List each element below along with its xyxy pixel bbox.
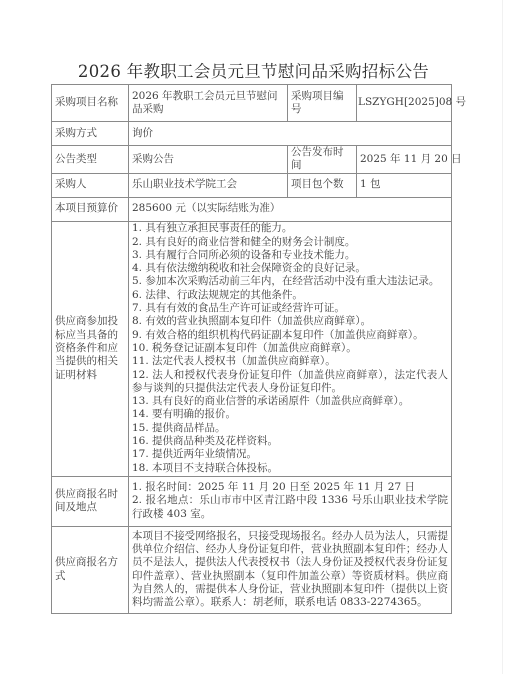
registration-time-value: 1. 报名时间：2025 年 11 月 20 日至 2025 年 11 月 27… [132, 481, 448, 494]
package-count-value: 1 包 [357, 173, 452, 197]
package-count-label: 项目包个数 [288, 173, 357, 197]
project-name-label: 采购项目名称 [52, 85, 129, 122]
budget-label: 本项目预算价 [52, 197, 129, 221]
qualification-item: 5. 参加本次采购活动前三年内，在经营活动中没有重大违法记录。 [132, 275, 448, 288]
qualification-item: 1. 具有独立承担民事责任的能力。 [132, 222, 448, 235]
qualification-item: 6. 法律、行政法规规定的其他条件。 [132, 289, 448, 302]
qualifications-label: 供应商参加投标应当具备的资格条件和应当提供的相关证明材料 [52, 221, 129, 476]
registration-method-cell: 本项目不接受网络报名，只接受现场报名。经办人员为法人，只需提供单位介绍信、经办人… [129, 526, 452, 613]
purchaser-value: 乐山职业技术学院工会 [129, 173, 288, 197]
registration-time-cell: 1. 报名时间：2025 年 11 月 20 日至 2025 年 11 月 27… [129, 476, 452, 526]
method-label: 采购方式 [52, 122, 129, 146]
registration-place-value: 2. 报名地点：乐山市市中区青江路中段 1336 号乐山职业技术学院行政楼 40… [132, 494, 448, 521]
notice-type-label: 公告类型 [52, 146, 129, 174]
project-name-value: 2026 年教职工会员元旦节慰问品采购 [129, 85, 288, 122]
qualification-item: 11. 法定代表人授权书（加盖供应商鲜章）。 [132, 355, 448, 368]
qualification-item: 12. 法人和授权代表身份证复印件（加盖供应商鲜章），法定代表人参与谈判的只提供… [132, 369, 448, 396]
purchaser-label: 采购人 [52, 173, 129, 197]
qualification-item: 8. 有效的营业执照副本复印件（加盖供应商鲜章）。 [132, 315, 448, 328]
method-value: 询价 [129, 122, 452, 146]
qualification-item: 14. 要有明确的报价。 [132, 408, 448, 421]
row-purchaser: 采购人 乐山职业技术学院工会 项目包个数 1 包 [52, 173, 452, 197]
procurement-notice-table: 采购项目名称 2026 年教职工会员元旦节慰问品采购 采购项目编号 LSZYGH… [51, 84, 452, 614]
project-number-value: LSZYGH[2025]08 号 [357, 85, 452, 122]
row-project-name: 采购项目名称 2026 年教职工会员元旦节慰问品采购 采购项目编号 LSZYGH… [52, 85, 452, 122]
registration-time-label: 供应商报名时间及地点 [52, 476, 129, 526]
document-title: 2026 年教职工会员元旦节慰问品采购招标公告 [0, 58, 507, 82]
project-number-label: 采购项目编号 [288, 85, 357, 122]
qualification-item: 3. 具有履行合同所必须的设备和专业技术能力。 [132, 249, 448, 262]
budget-value: 285600 元（以实际结账为准） [129, 197, 452, 221]
registration-method-value: 本项目不接受网络报名，只接受现场报名。经办人员为法人，只需提供单位介绍信、经办人… [132, 530, 448, 610]
row-budget: 本项目预算价 285600 元（以实际结账为准） [52, 197, 452, 221]
scan-edge-line [502, 0, 503, 674]
publish-time-value: 2025 年 11 月 20 日 [357, 146, 452, 174]
row-notice-type: 公告类型 采购公告 公告发布时间 2025 年 11 月 20 日 [52, 146, 452, 174]
qualification-item: 2. 具有良好的商业信誉和健全的财务会计制度。 [132, 236, 448, 249]
qualification-item: 10. 税务登记证副本复印件（加盖供应商鲜章）。 [132, 342, 448, 355]
qualification-item: 16. 提供商品种类及花样资料。 [132, 435, 448, 448]
qualifications-list: 1. 具有独立承担民事责任的能力。 2. 具有良好的商业信誉和健全的财务会计制度… [129, 221, 452, 476]
qualification-item: 9. 有效合格的组织机构代码证副本复印件（加盖供应商鲜章）。 [132, 329, 448, 342]
qualification-item: 15. 提供商品样品。 [132, 422, 448, 435]
qualification-item: 7. 具有有效的食品生产许可证或经营许可证。 [132, 302, 448, 315]
row-qualifications: 供应商参加投标应当具备的资格条件和应当提供的相关证明材料 1. 具有独立承担民事… [52, 221, 452, 476]
publish-time-label: 公告发布时间 [288, 146, 357, 174]
qualification-item: 4. 具有依法缴纳税收和社会保障资金的良好记录。 [132, 262, 448, 275]
qualification-item: 13. 具有良好的商业信誉的承诺函原件（加盖供应商鲜章）。 [132, 395, 448, 408]
row-registration-time: 供应商报名时间及地点 1. 报名时间：2025 年 11 月 20 日至 202… [52, 476, 452, 526]
qualification-item: 18. 本项目不支持联合体投标。 [132, 462, 448, 475]
qualification-item: 17. 提供近两年业绩情况。 [132, 448, 448, 461]
notice-type-value: 采购公告 [129, 146, 288, 174]
registration-method-label: 供应商报名方式 [52, 526, 129, 613]
row-registration-method: 供应商报名方式 本项目不接受网络报名，只接受现场报名。经办人员为法人，只需提供单… [52, 526, 452, 613]
row-method: 采购方式 询价 [52, 122, 452, 146]
